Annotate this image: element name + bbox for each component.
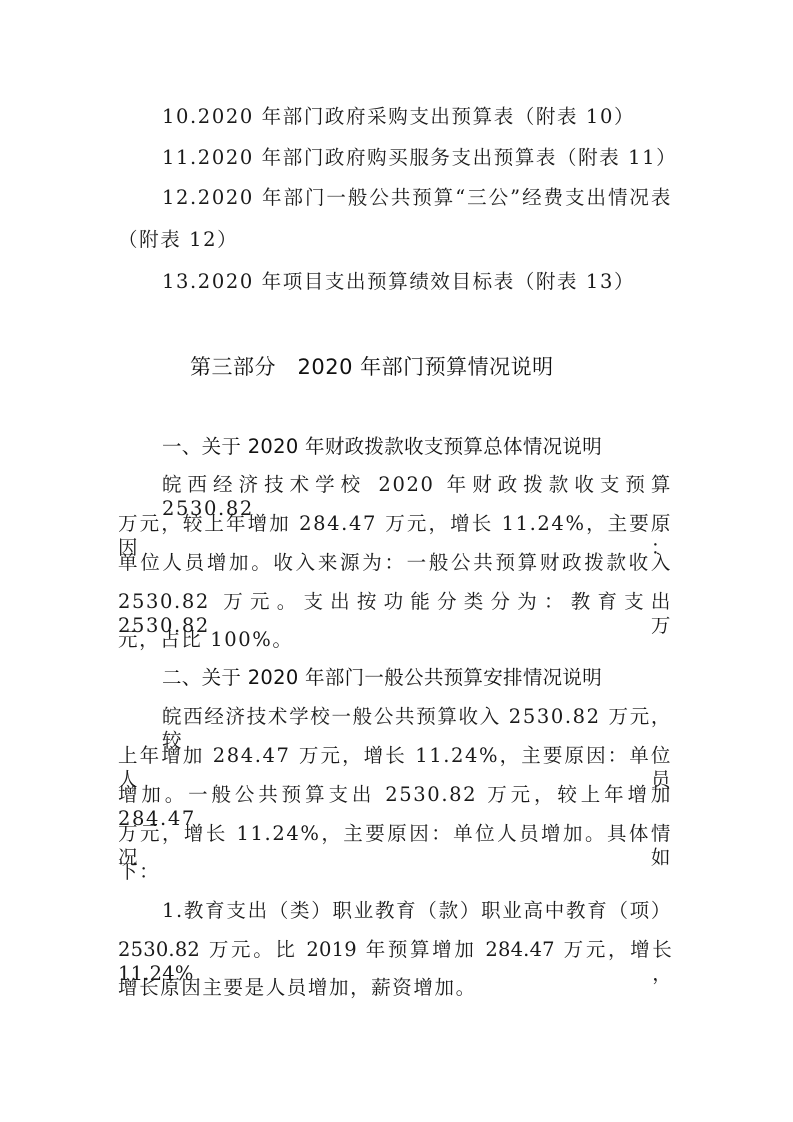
toc-item-13: 13.2020 年项目支出预算绩效目标表（附表 13）	[162, 270, 635, 294]
section2-heading: 二、关于 2020 年部门一般公共预算安排情况说明	[162, 666, 602, 690]
document-page: 10.2020 年部门政府采购支出预算表（附表 10） 11.2020 年部门政…	[0, 0, 793, 1122]
section1-line: 单位人员增加。收入来源为：一般公共预算财政拨款收入	[118, 551, 672, 575]
part-title: 第三部分 2020 年部门预算情况说明	[190, 355, 554, 379]
section1-heading: 一、关于 2020 年财政拨款收支预算总体情况说明	[162, 435, 602, 459]
section2-line: 1.教育支出（类）职业教育（款）职业高中教育（项）	[162, 899, 672, 923]
section1-line: 元，占比 100%。	[118, 628, 293, 652]
toc-item-12: 12.2020 年部门一般公共预算“三公”经费支出情况表	[162, 186, 672, 210]
section2-line: 下：	[118, 860, 160, 884]
toc-item-10: 10.2020 年部门政府采购支出预算表（附表 10）	[162, 105, 635, 129]
toc-item-12-cont: （附表 12）	[118, 228, 238, 252]
section2-line: 万元，增长 11.24%，主要原因：单位人员增加。具体情况如	[118, 822, 672, 870]
toc-item-11: 11.2020 年部门政府购买服务支出预算表（附表 11）	[162, 146, 677, 170]
section2-line: 增长原因主要是人员增加，薪资增加。	[118, 976, 477, 1000]
